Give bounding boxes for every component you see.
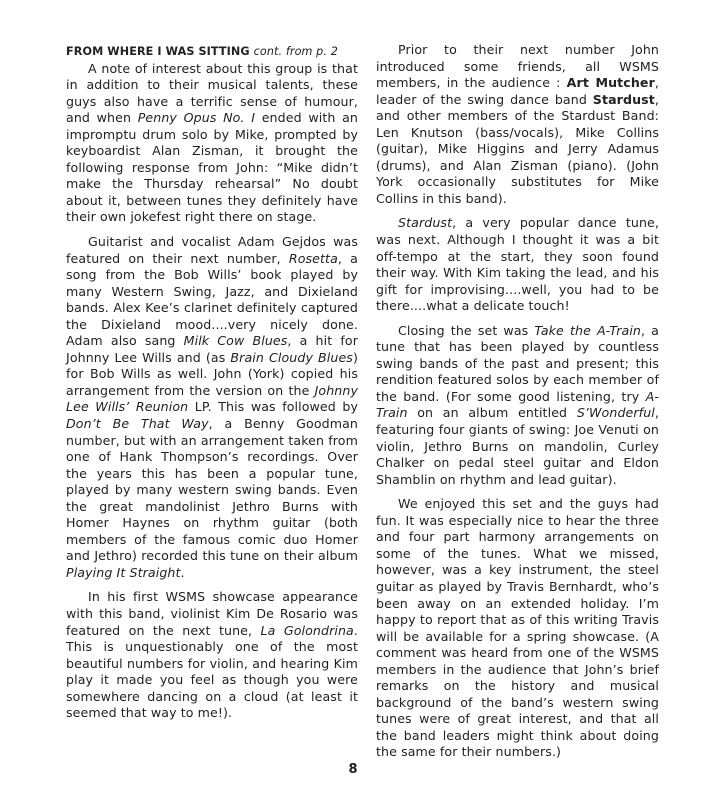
italic-title: Don’t Be That Way <box>66 416 209 431</box>
left-column: FROM WHERE I WAS SITTING cont. from p. 2… <box>66 44 358 730</box>
text-run: LP. This was followed by <box>188 399 358 414</box>
italic-title: Penny Opus No. I <box>138 110 255 125</box>
text-run: Closing the set was <box>398 323 534 338</box>
right-paragraphs: Prior to their next number John introduc… <box>376 42 659 761</box>
article-paragraph: Prior to their next number John introduc… <box>376 42 659 207</box>
italic-title: Brain Cloudy Blues <box>230 350 353 365</box>
italic-title: S’Wonderful <box>577 405 655 420</box>
right-column: Prior to their next number John introduc… <box>376 42 659 769</box>
article-title: FROM WHERE I WAS SITTING <box>66 45 250 58</box>
left-paragraphs: A note of interest about this group is t… <box>66 61 358 722</box>
italic-title: La Golondrina <box>261 623 354 638</box>
italic-title: Milk Cow Blues <box>184 333 288 348</box>
article-paragraph: A note of interest about this group is t… <box>66 61 358 226</box>
italic-title: Take the A-Train <box>534 323 641 338</box>
article-paragraph: Guitarist and vocalist Adam Gejdos was f… <box>66 234 358 581</box>
page-number: 8 <box>0 762 706 777</box>
italic-title: Rosetta <box>289 251 338 266</box>
text-run: on an album entitled <box>408 405 577 420</box>
text-run: , a Benny Goodman number, but with an ar… <box>66 416 358 563</box>
continuation-note: cont. from p. 2 <box>254 45 338 58</box>
bold-name: Art Mutcher <box>567 75 655 90</box>
newsletter-page: FROM WHERE I WAS SITTING cont. from p. 2… <box>0 0 706 799</box>
text-run: . <box>181 565 185 580</box>
article-paragraph: Closing the set was Take the A-Train, a … <box>376 323 659 488</box>
italic-title: Stardust <box>398 215 452 230</box>
bold-name: Stardust <box>593 92 655 107</box>
text-run: We enjoyed this set and the guys had fun… <box>376 496 659 759</box>
article-paragraph: In his first WSMS showcase appearance wi… <box>66 589 358 721</box>
article-paragraph: We enjoyed this set and the guys had fun… <box>376 496 659 761</box>
article-paragraph: Stardust, a very popular dance tune, was… <box>376 215 659 314</box>
italic-title: Playing It Straight <box>66 565 181 580</box>
text-run: ended with an impromptu drum solo by Mik… <box>66 110 358 224</box>
article-heading: FROM WHERE I WAS SITTING cont. from p. 2 <box>66 44 358 61</box>
text-run: , and other members of the Stardust Band… <box>376 92 659 206</box>
